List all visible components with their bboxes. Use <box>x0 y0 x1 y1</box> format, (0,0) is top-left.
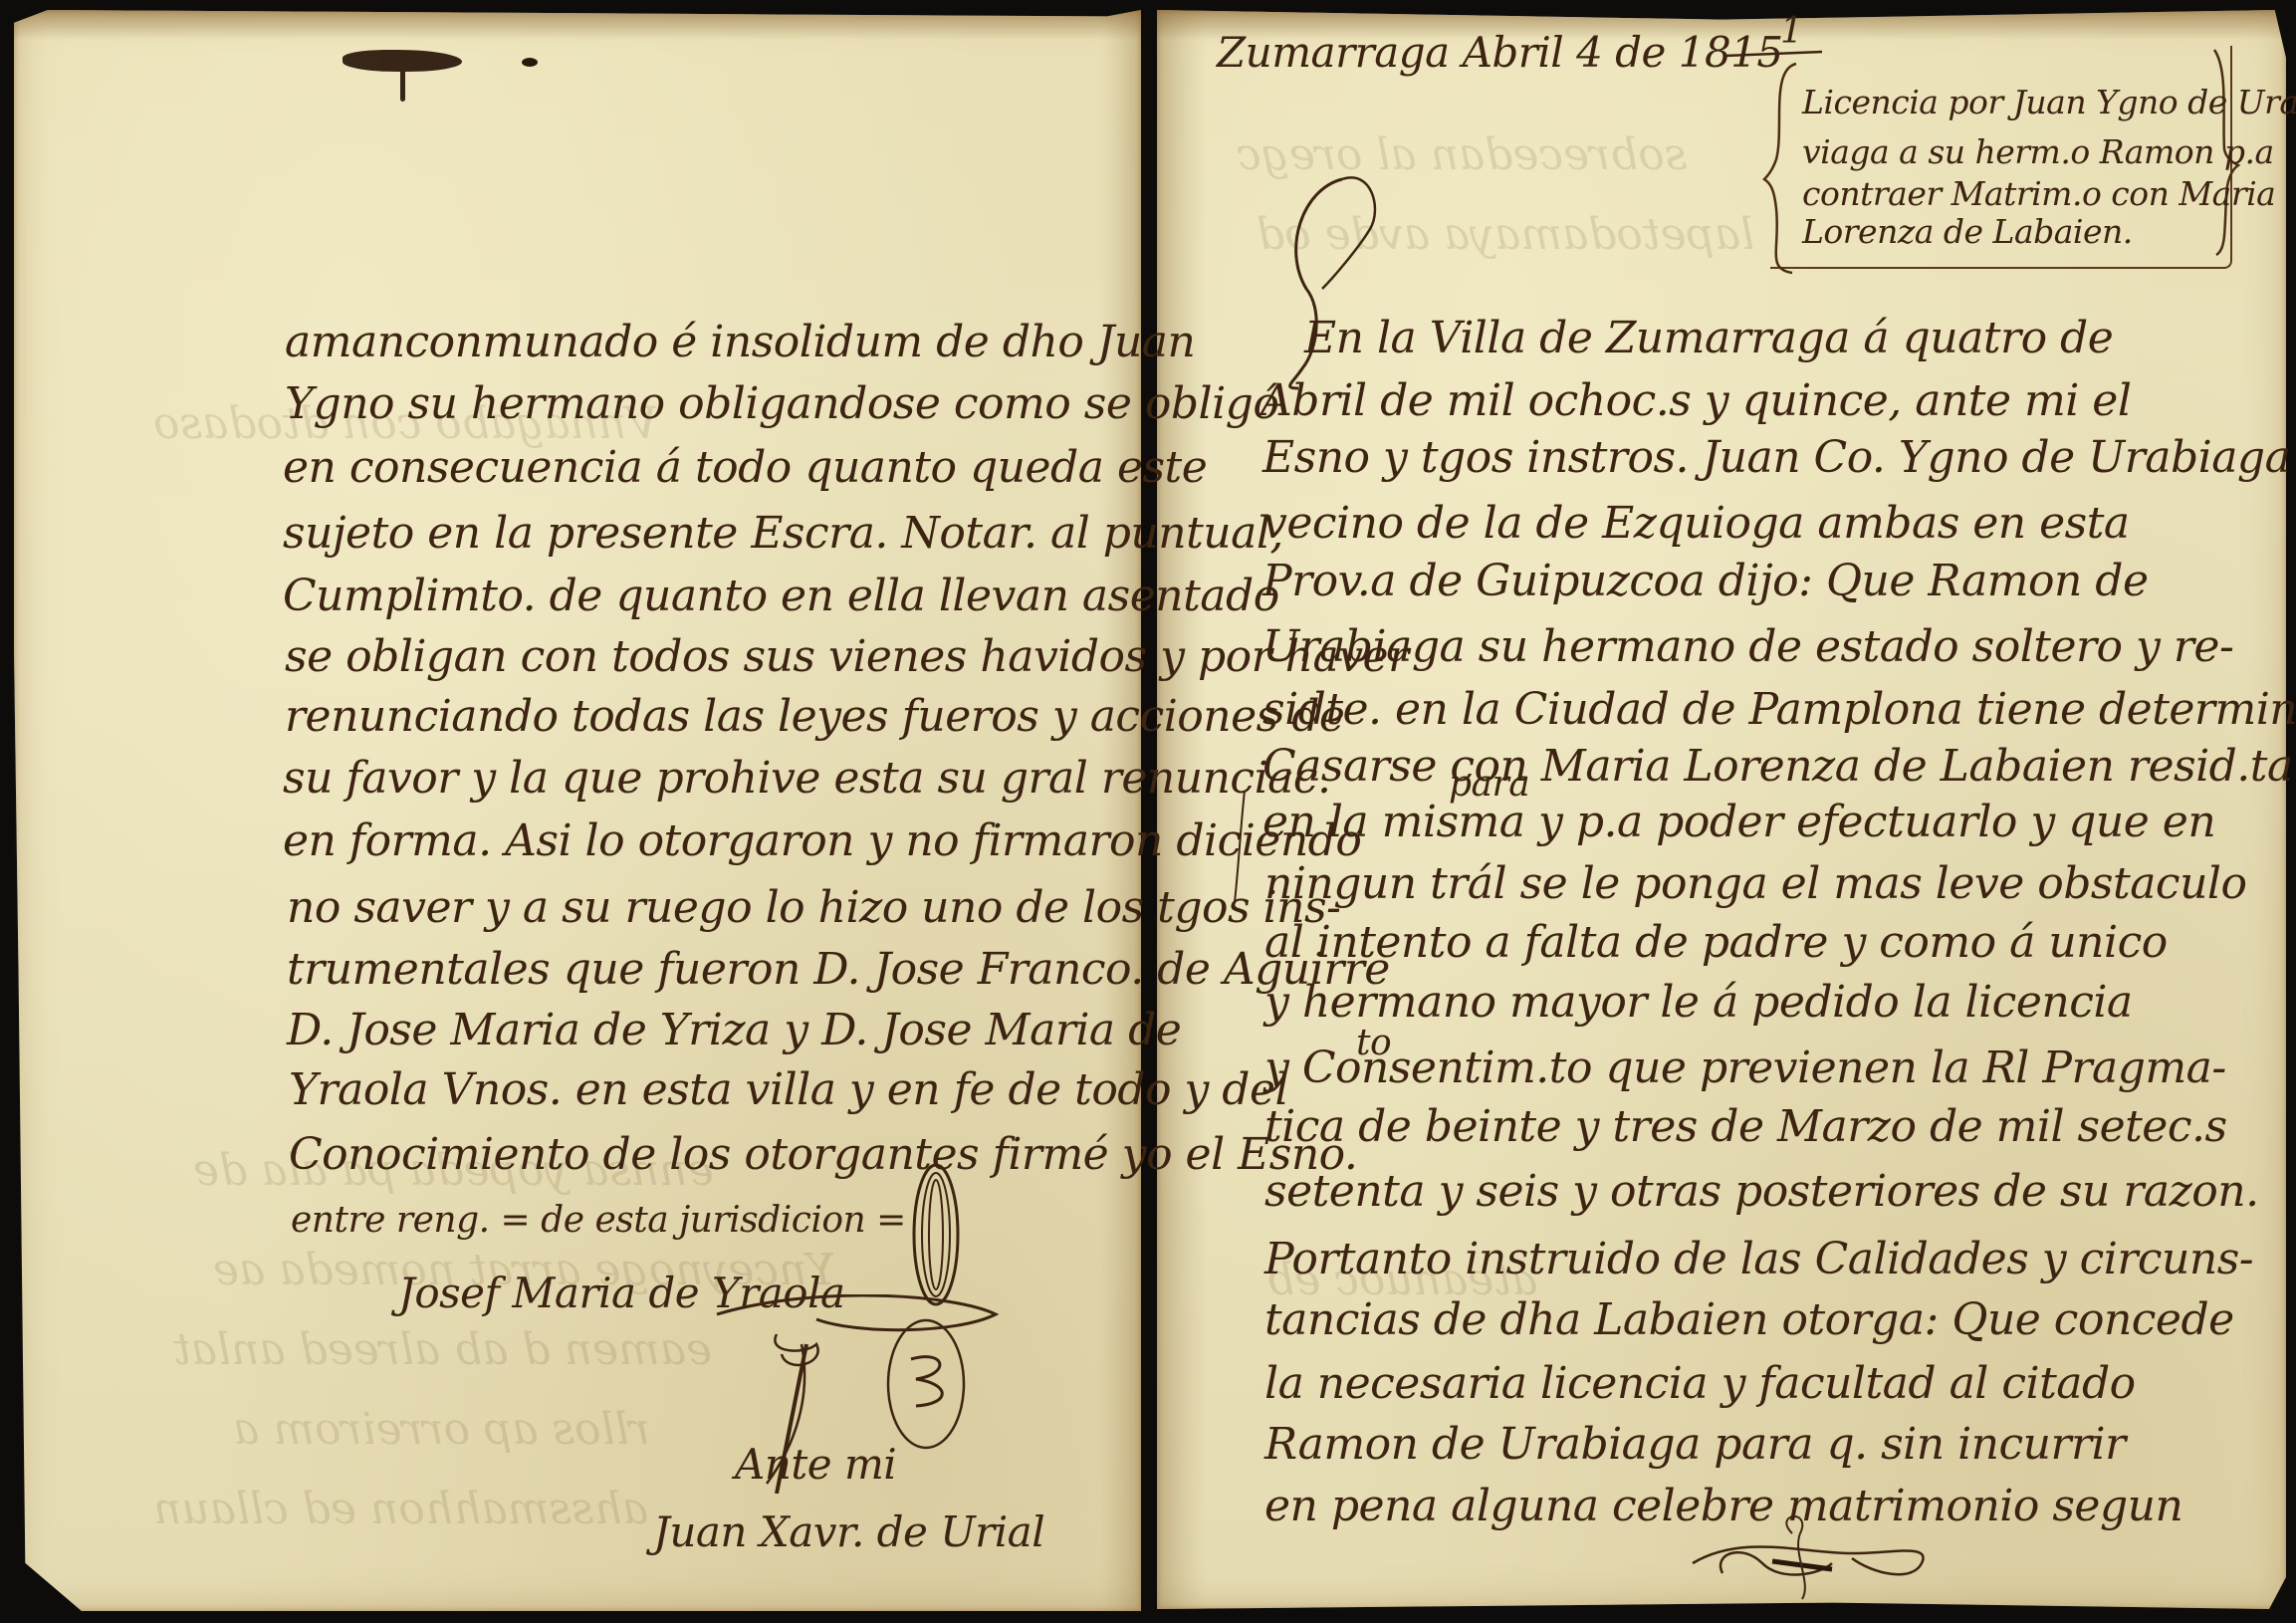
margin-note-line: contraer Matrim.o con Maria <box>1802 177 2275 210</box>
text-line: la necesaria licencia y facultad al cita… <box>1264 1362 2136 1406</box>
text-line: Urabiaga su hermano de estado soltero y … <box>1263 625 2233 669</box>
text-line: sidte. en la Ciudad de Pamplona tiene de… <box>1263 688 2296 732</box>
text-line: renunciando todas las leyes fueros y acc… <box>285 695 1344 739</box>
text-line: amanconmunado é insolidum de dho Juan <box>285 321 1195 364</box>
text-line: vecino de la de Ezquioga ambas en esta <box>1263 502 2130 546</box>
text-line: Casarse con Maria Lorenza de Labaien res… <box>1263 745 2293 789</box>
closing-flourish-icon <box>1683 1513 1942 1603</box>
document-header: Zumarraga Abril 4 de 1815 <box>1217 32 1783 74</box>
text-line: y hermano mayor le á pedido la licencia <box>1264 981 2133 1025</box>
margin-bracket-icon <box>1231 787 1251 906</box>
notary-rubric-icon <box>856 1145 1006 1464</box>
text-line: En la Villa de Zumarraga á quatro de <box>1304 317 2113 360</box>
show-through-text: ahssmahhon ed cllaun <box>153 1484 648 1534</box>
gutter-shadow <box>1157 10 1207 1609</box>
text-line-amendment: entre reng. = de esta jurisdicion = <box>291 1203 906 1239</box>
show-through-text: rllos ap orreirom a <box>233 1404 650 1455</box>
margin-note-line: Lorenza de Labaien. <box>1802 215 2133 248</box>
margin-note-line: viaga a su herm.o Ramon p.a <box>1802 135 2274 168</box>
text-line: Esno y tgos instros. Juan Co. Ygno de Ur… <box>1263 436 2290 480</box>
ink-blot <box>343 50 462 72</box>
text-line: ningun trál se le ponga el mas leve obst… <box>1264 862 2246 906</box>
text-line: tica de beinte y tres de Marzo de mil se… <box>1264 1105 2227 1149</box>
text-line: Portanto instruido de las Calidades y ci… <box>1264 1238 2253 1281</box>
text-line: su favor y la que prohive esta su gral r… <box>283 757 1331 801</box>
signature-notary: Juan Xavr. de Urial <box>653 1511 1044 1553</box>
text-line: y Consentim.to que previenen la Rl Pragm… <box>1264 1046 2226 1090</box>
margin-note-line: Licencia por Juan Ygno de Ura- <box>1802 86 2296 118</box>
text-line: tancias de dha Labaien otorga: Que conce… <box>1264 1298 2234 1342</box>
text-line: Prov.a de Guipuzcoa dijo: Que Ramon de <box>1263 560 2149 603</box>
text-line: D. Jose Maria de Yriza y D. Jose Maria d… <box>287 1009 1181 1052</box>
text-line: Abril de mil ochoc.s y quince, ante mi e… <box>1261 379 2131 423</box>
text-line: Ygno su hermano obligandose como se obli… <box>285 382 1278 426</box>
folio-number: 1 <box>1780 14 1802 50</box>
text-line: no saver y a su ruego lo hizo uno de los… <box>287 886 1340 930</box>
text-line: al intento a falta de padre y como á uni… <box>1264 921 2168 965</box>
text-line: Ramon de Urabiaga para q. sin incurrir <box>1264 1423 2126 1467</box>
show-through-text: eamen d ab alreed anlat <box>173 1324 712 1375</box>
left-brace-icon <box>1762 60 1802 279</box>
text-line: Yraola Vnos. en esta villa y en fe de to… <box>289 1068 1288 1112</box>
text-line: sujeto en la presente Escra. Notar. al p… <box>283 512 1283 556</box>
page-top-edge <box>14 10 1141 40</box>
text-line: se obligan con todos sus vienes havidos … <box>285 635 1409 679</box>
text-line: en la misma y p.a poder efectuarlo y que… <box>1263 801 2215 844</box>
gutter-shadow <box>1101 10 1141 1611</box>
ink-dot <box>522 58 538 67</box>
initial-e-flourish-icon <box>1263 169 1422 398</box>
text-line: en forma. Asi lo otorgaron y no firmaron… <box>283 819 1361 863</box>
text-line: setenta y seis y otras posteriores de su… <box>1264 1170 2259 1214</box>
text-line: en consecuencia á todo quanto queda este <box>283 446 1207 490</box>
text-line: Conocimiento de los otorgantes firmé yo … <box>289 1133 1357 1177</box>
text-line: trumentales que fueron D. Jose Franco. d… <box>287 948 1390 992</box>
text-line: Cumplimto. de quanto en ella llevan asen… <box>283 575 1279 618</box>
